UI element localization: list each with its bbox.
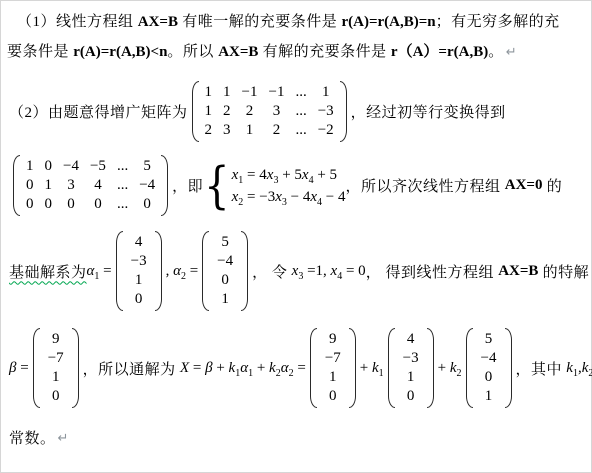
step1-text: 有解的充要条件是 [258,44,391,60]
matrix-cell: 4 [94,176,102,195]
matrix-cell: ... [295,102,306,121]
matrix-cell: 3 [223,121,231,140]
vector-cell: −7 [325,349,341,368]
vector-paren-left [310,328,317,408]
alpha1-vector-body: 4−310 [123,231,155,311]
k1-k2-constants: k1,k2 [566,360,592,377]
vector-cell: 1 [221,290,229,309]
vector-cell: −4 [481,349,497,368]
paragraph-2: （2）由题意得增广矩阵为 11−1−1...11223...−32312...−… [9,81,587,142]
vector-cell: −3 [131,252,147,271]
math-ax0: AX=0 [505,177,543,194]
matrix-cell: 0 [143,195,151,214]
vector-paren-left [388,328,395,408]
where-text: ，其中 [516,358,567,379]
vector-cell: −4 [217,252,233,271]
step3-tail-text: 的 [542,175,562,196]
matrix-cell: 2 [223,102,231,121]
math-axb: AX=B [498,263,538,280]
vector-paren-right [505,328,512,408]
beta-label: β = [9,360,29,377]
matrix-cell: −4 [63,157,79,176]
matrix-cell: 1 [246,121,254,140]
plus-k2-term: + k2 [438,360,462,377]
augmented-matrix: 11−1−1...11223...−32312...−2 [192,81,347,142]
vector-cell: 0 [135,290,143,309]
namely-text: ，即 [172,175,203,196]
matrix-cell: 1 [26,157,34,176]
paragraph-mark-icon: ↵ [58,424,69,454]
matrix-cell: 0 [45,195,53,214]
matrix-cell: ... [117,176,128,195]
math-axb: AX=B [218,44,258,60]
step1-text: 要条件是 [7,44,73,60]
vector-cell: 1 [52,368,60,387]
paragraph-5: β = 9−710 ，所以通解为 X = β + k1α1 + k2α2 = 9… [9,328,587,408]
step4-tail-text: 的特解 [538,261,589,282]
step1-text: ；有无穷多解的充 [436,14,560,30]
step3-tail-text: ，所以齐次线性方程组 [346,175,505,196]
alpha2-vector-rhs-body: 5−401 [473,328,505,408]
paragraph-6: 常数。↵ [9,424,587,454]
paragraph-1-line-1: （1）线性方程组 AX=B 有唯一解的充要条件是 r(A)=r(A,B)=n；有… [7,7,587,37]
vector-paren-left [202,231,209,311]
basis-label-text: 基础解系为 [9,261,87,282]
vector-paren-left [116,231,123,311]
step2-tail-text: ，经过初等行变换得到 [351,101,506,122]
general-solution-text: ，所以通解为 [83,358,180,379]
rref-matrix: 10−4−5...50134...−40000...0 [13,155,168,216]
matrix-cell: 0 [26,176,34,195]
vector-paren-left [466,328,473,408]
paragraph-1: （1）线性方程组 AX=B 有唯一解的充要条件是 r(A)=r(A,B)=n；有… [7,7,587,68]
vector-cell: 0 [329,387,337,406]
let-text: ， 令 [252,261,292,282]
vector-paren-right [155,231,162,311]
vector-cell: −3 [403,349,419,368]
math-axb: AX=B [138,14,178,30]
matrix-cell: −1 [242,83,258,102]
matrix-cell: 2 [273,121,281,140]
beta-vector-body: 9−710 [40,328,72,408]
math-rank-condition: r(A)=r(A,B)=n [342,14,436,30]
vector-cell: 0 [485,368,493,387]
step1-text: 有唯一解的充要条件是 [178,14,342,30]
rref-matrix-body: 10−4−5...50134...−40000...0 [20,155,161,216]
augmented-matrix-body: 11−1−1...11223...−32312...−2 [199,81,340,142]
beta-vector-rhs: 9−710 [310,328,356,408]
vector-paren-right [349,328,356,408]
paragraph-4: 基础解系为 α1 = 4−310 , α2 = 5−401 ， 令 x3 =1,… [9,231,587,311]
vector-cell: 1 [407,368,415,387]
alpha2-label: , α2 = [166,263,199,280]
alpha2-vector-body: 5−401 [209,231,241,311]
alpha1-label: α1 = [87,263,112,280]
alpha1-vector: 4−310 [116,231,162,311]
paragraph-3: 10−4−5...50134...−40000...0 ，即 { x1 = 4x… [9,155,587,216]
vector-cell: −7 [48,349,64,368]
document-page: （1）线性方程组 AX=B 有唯一解的充要条件是 r(A)=r(A,B)=n；有… [0,0,592,473]
vector-cell: 9 [52,330,60,349]
matrix-paren-left [13,155,20,216]
step1-text: （1）线性方程组 [17,14,138,30]
vector-paren-left [33,328,40,408]
matrix-cell: 0 [45,157,53,176]
matrix-cell: 1 [322,83,330,102]
matrix-cell: ... [295,121,306,140]
matrix-cell: 0 [26,195,34,214]
beta-vector-rhs-body: 9−710 [317,328,349,408]
alpha1-vector-rhs-body: 4−310 [395,328,427,408]
step4-tail-text: ， 得到线性方程组 [366,261,499,282]
vector-cell: 5 [221,233,229,252]
vector-cell: 1 [329,368,337,387]
vector-paren-right [72,328,79,408]
matrix-cell: ... [295,83,306,102]
step1-text: 。 [488,44,504,60]
matrix-cell: 1 [205,102,213,121]
system-brace: { [204,161,229,211]
constants-text: 常数。 [9,424,56,454]
matrix-cell: −5 [90,157,106,176]
matrix-cell: −1 [268,83,284,102]
matrix-paren-left [192,81,199,142]
matrix-cell: ... [117,195,128,214]
equation-system: x1 = 4x3 + 5x4 + 5 x2 = −3x3 − 4x4 − 4 [232,164,346,208]
equation-x2: x2 = −3x3 − 4x4 − 4 [232,186,346,208]
equation-x1: x1 = 4x3 + 5x4 + 5 [232,164,346,186]
matrix-cell: −3 [318,102,334,121]
matrix-cell: 1 [45,176,53,195]
matrix-cell: 2 [246,102,254,121]
alpha1-vector-rhs: 4−310 [388,328,434,408]
vector-paren-right [241,231,248,311]
vector-cell: 4 [135,233,143,252]
matrix-cell: 1 [205,83,213,102]
math-rank-condition: r(A)=r(A,B)<n [73,44,167,60]
substitution-condition: x3 =1, x4 = 0 [292,263,366,280]
matrix-cell: 3 [67,176,75,195]
paragraph-1-line-2: 要条件是 r(A)=r(A,B)<n。所以 AX=B 有解的充要条件是 r（A）… [7,37,587,68]
vector-cell: 5 [485,330,493,349]
matrix-cell: 0 [94,195,102,214]
general-solution-formula: X = β + k1α1 + k2α2 = [180,360,306,377]
matrix-paren-right [340,81,347,142]
beta-vector: 9−710 [33,328,79,408]
math-rank-condition: r（A）=r(A,B) [391,44,488,60]
matrix-paren-right [161,155,168,216]
matrix-cell: −2 [318,121,334,140]
matrix-cell: 1 [223,83,231,102]
matrix-cell: 2 [205,121,213,140]
vector-cell: 0 [52,387,60,406]
vector-cell: 1 [485,387,493,406]
vector-cell: 1 [135,271,143,290]
vector-cell: 0 [221,271,229,290]
paragraph-mark-icon: ↵ [506,45,517,60]
vector-cell: 9 [329,330,337,349]
matrix-cell: ... [117,157,128,176]
matrix-cell: −4 [139,176,155,195]
vector-paren-right [427,328,434,408]
step2-lead-text: （2）由题意得增广矩阵为 [9,101,188,122]
alpha2-vector-rhs: 5−401 [466,328,512,408]
matrix-cell: 5 [143,157,151,176]
matrix-cell: 0 [67,195,75,214]
plus-k1-term: + k1 [360,360,384,377]
matrix-cell: 3 [273,102,281,121]
alpha2-vector: 5−401 [202,231,248,311]
step1-text: 。所以 [167,44,218,60]
vector-cell: 0 [407,387,415,406]
vector-cell: 4 [407,330,415,349]
